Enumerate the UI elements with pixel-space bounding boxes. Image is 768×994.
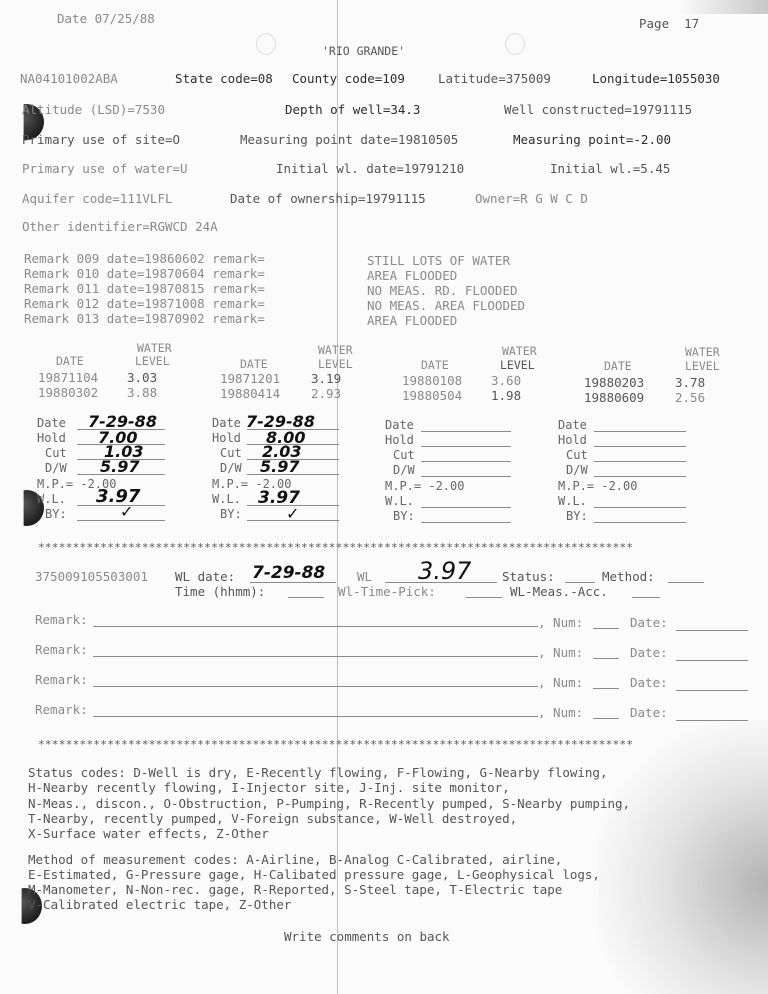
- remark-entry-label: Remark:: [35, 612, 88, 627]
- wl-date-value[interactable]: 7-29-88: [252, 563, 325, 583]
- form-dw-value[interactable]: 5.97: [100, 457, 139, 476]
- remark-label: Remark 010 date=19870604 remark=: [24, 266, 265, 281]
- method-label: Method:: [602, 569, 655, 584]
- form-hold-label: Hold: [212, 431, 241, 445]
- col-header-date: DATE: [421, 358, 449, 373]
- wl-level: 3.88: [127, 385, 157, 400]
- longitude: Longitude=1055030: [592, 71, 720, 86]
- remark-date-field[interactable]: [676, 690, 748, 691]
- form-hold-line[interactable]: [594, 446, 686, 447]
- state-code: State code=08: [175, 71, 273, 86]
- remark-date-field[interactable]: [676, 630, 748, 631]
- remark-entry-field[interactable]: [93, 716, 538, 717]
- form-cut-label: Cut: [393, 448, 415, 462]
- form-hold-label: Hold: [385, 433, 414, 447]
- form-mp-label: M.P.= -2.00: [558, 479, 637, 493]
- form-by-label: BY:: [566, 509, 588, 523]
- remark-num-field[interactable]: [593, 628, 619, 629]
- form-dw-label: D/W: [566, 463, 588, 477]
- remark-date-label: Date:: [630, 675, 668, 690]
- wl-level: 3.19: [311, 371, 341, 386]
- form-by-label: BY:: [220, 507, 242, 521]
- site-id: NA04101002ABA: [20, 71, 118, 86]
- aquifer-code: Aquifer code=111VLFL: [22, 191, 173, 206]
- initial-wl: Initial wl.=5.45: [550, 161, 670, 176]
- status-codes-line: N-Meas., discon., O-Obstruction, P-Pumpi…: [28, 796, 630, 811]
- remark-date-label: Date:: [630, 615, 668, 630]
- remark-entry-field[interactable]: [93, 656, 538, 657]
- col-header-level: LEVEL: [685, 359, 720, 374]
- wl-time-pick-label: Wl-Time-Pick:: [338, 584, 436, 599]
- remark-label: Remark 011 date=19870815 remark=: [24, 281, 265, 296]
- form-wl-line[interactable]: [594, 507, 686, 508]
- form-date-label: Date: [37, 416, 66, 430]
- form-cut-label: Cut: [45, 446, 67, 460]
- form-wl-value[interactable]: 3.97: [96, 486, 140, 507]
- time-field[interactable]: [288, 597, 324, 598]
- remark-entry-label: Remark:: [35, 672, 88, 687]
- form-dw-line[interactable]: [594, 476, 686, 477]
- remark-label: Remark 009 date=19860602 remark=: [24, 251, 265, 266]
- form-by-line[interactable]: [594, 522, 686, 523]
- ownership-date: Date of ownership=19791115: [230, 191, 426, 206]
- wl-level: 1.98: [491, 388, 521, 403]
- remark-entry-field[interactable]: [93, 686, 538, 687]
- measuring-point: Measuring point=-2.00: [513, 132, 671, 147]
- form-hold-label: Hold: [37, 431, 66, 445]
- wl-date: 19880504: [402, 388, 462, 403]
- form-date-label: Date: [385, 418, 414, 432]
- wl-meas-acc-field[interactable]: [632, 597, 660, 598]
- basin-title: 'RIO GRANDE': [322, 44, 405, 59]
- form-cut-label: Cut: [566, 448, 588, 462]
- depth-of-well: Depth of well=34.3: [285, 102, 420, 117]
- remark-num-label: , Num:: [538, 705, 583, 720]
- altitude: Altitude (LSD)=7530: [22, 102, 165, 117]
- owner: Owner=R G W C D: [475, 191, 588, 206]
- form-dw-value[interactable]: 5.97: [260, 457, 299, 476]
- form-by-label: BY:: [45, 507, 67, 521]
- scanned-well-record-page: Date 07/25/88 Page 17 'RIO GRANDE' NA041…: [0, 0, 768, 994]
- form-cut-line[interactable]: [421, 461, 511, 462]
- remark-num-field[interactable]: [593, 658, 619, 659]
- wl-date: 19880203: [584, 375, 644, 390]
- remark-text: STILL LOTS OF WATER: [367, 253, 510, 268]
- remark-num-label: , Num:: [538, 675, 583, 690]
- col-header-water: WATER: [502, 344, 537, 359]
- form-wl-label: W.L.: [558, 494, 587, 508]
- col-header-level: LEVEL: [135, 354, 170, 369]
- remark-num-field[interactable]: [593, 718, 619, 719]
- wl-date: 19880302: [38, 385, 98, 400]
- form-wl-label: W.L.: [37, 492, 66, 506]
- form-wl-label: W.L.: [385, 494, 414, 508]
- primary-use-site: Primary use of site=O: [22, 132, 180, 147]
- col-header-water: WATER: [685, 345, 720, 360]
- remark-date-field[interactable]: [676, 720, 748, 721]
- col-header-date: DATE: [604, 359, 632, 374]
- wl-label: WL: [357, 569, 372, 584]
- wl-date: 19871104: [38, 370, 98, 385]
- punch-ring-right: [505, 33, 525, 55]
- wl-meas-acc-label: WL-Meas.-Acc.: [510, 584, 608, 599]
- remark-label: Remark 013 date=19870902 remark=: [24, 311, 265, 326]
- remark-text: NO MEAS. AREA FLOODED: [367, 298, 525, 313]
- remark-date-field[interactable]: [676, 660, 748, 661]
- wl-date: 19880108: [402, 373, 462, 388]
- wl-date: 19871201: [220, 371, 280, 386]
- wl-level: 2.56: [675, 390, 705, 405]
- wl-date-label: WL date:: [175, 569, 235, 584]
- wl-level: 3.60: [491, 373, 521, 388]
- status-codes-line: Status codes: D-Well is dry, E-Recently …: [28, 765, 607, 780]
- remark-text: NO MEAS. RD. FLOODED: [367, 283, 518, 298]
- remark-entry-field[interactable]: [93, 626, 538, 627]
- station-number: 375009105503001: [35, 569, 148, 584]
- form-dw-label: D/W: [220, 461, 242, 475]
- form-wl-label: W.L.: [212, 492, 241, 506]
- col-header-level: LEVEL: [500, 358, 535, 373]
- initial-wl-date: Initial wl. date=19791210: [276, 161, 464, 176]
- wl-date: 19880414: [220, 386, 280, 401]
- county-code: County code=109: [292, 71, 405, 86]
- remark-date-label: Date:: [630, 645, 668, 660]
- punch-ring-left: [256, 33, 276, 55]
- scan-shadow-top: [678, 0, 768, 14]
- separator-stars: ****************************************…: [38, 541, 750, 554]
- form-dw-label: D/W: [45, 461, 67, 475]
- form-by-initials[interactable]: ✓: [120, 502, 133, 521]
- scan-shadow: [598, 720, 768, 994]
- form-dw-label: D/W: [393, 463, 415, 477]
- col-header-date: DATE: [240, 357, 268, 372]
- wl-time-pick-field[interactable]: [466, 597, 502, 598]
- primary-use-water: Primary use of water=U: [22, 161, 188, 176]
- form-date-label: Date: [558, 418, 587, 432]
- remark-num-field[interactable]: [593, 688, 619, 689]
- form-by-label: BY:: [393, 509, 415, 523]
- status-codes-line: H-Nearby recently flowing, I-Injector si…: [28, 780, 510, 795]
- form-mp-label: M.P.= -2.00: [385, 479, 464, 493]
- footer-note: Write comments on back: [284, 929, 450, 944]
- form-date-line[interactable]: [594, 431, 686, 432]
- form-wl-line[interactable]: [421, 507, 511, 508]
- form-hold-label: Hold: [558, 433, 587, 447]
- wl-value[interactable]: 3.97: [418, 557, 471, 585]
- remark-num-label: , Num:: [538, 615, 583, 630]
- wl-level: 3.78: [675, 375, 705, 390]
- remark-entry-label: Remark:: [35, 642, 88, 657]
- status-label: Status:: [502, 569, 555, 584]
- method-codes-line: V-Calibrated electric tape, Z-Other: [28, 897, 291, 912]
- other-identifier: Other identifier=RGWCD 24A: [22, 219, 218, 234]
- wl-level: 2.93: [311, 386, 341, 401]
- form-by-initials[interactable]: ✓: [286, 504, 299, 523]
- form-date-label: Date: [212, 416, 241, 430]
- remark-date-label: Date:: [630, 705, 668, 720]
- status-codes-line: X-Surface water effects, Z-Other: [28, 826, 269, 841]
- method-codes-line: E-Estimated, G-Pressure gage, H-Calibate…: [28, 867, 600, 882]
- page-number: Page 17: [639, 16, 699, 31]
- remark-entry-label: Remark:: [35, 702, 88, 717]
- col-header-date: DATE: [56, 354, 84, 369]
- remark-text: AREA FLOODED: [367, 313, 457, 328]
- latitude: Latitude=375009: [438, 71, 551, 86]
- remark-label: Remark 012 date=19871008 remark=: [24, 296, 265, 311]
- remark-num-label: , Num:: [538, 645, 583, 660]
- col-header-level: LEVEL: [318, 357, 353, 372]
- report-date: Date 07/25/88: [57, 11, 155, 26]
- form-hold-line[interactable]: [421, 446, 511, 447]
- separator-stars: ****************************************…: [38, 738, 750, 751]
- time-label: Time (hhmm):: [175, 584, 265, 599]
- method-codes-line: Method of measurement codes: A-Airline, …: [28, 852, 562, 867]
- wl-date: 19880609: [584, 390, 644, 405]
- form-date-line[interactable]: [421, 431, 511, 432]
- form-by-line[interactable]: [421, 522, 511, 523]
- form-cut-label: Cut: [220, 446, 242, 460]
- wl-level: 3.03: [127, 370, 157, 385]
- form-dw-line[interactable]: [421, 476, 511, 477]
- page-fold-line: [337, 0, 338, 994]
- measuring-point-date: Measuring point date=19810505: [240, 132, 458, 147]
- method-field[interactable]: [668, 582, 704, 583]
- status-field[interactable]: [565, 582, 595, 583]
- remark-text: AREA FLOODED: [367, 268, 457, 283]
- status-codes-line: T-Nearby, recently pumped, V-Foreign sub…: [28, 811, 517, 826]
- col-header-water: WATER: [318, 343, 353, 358]
- form-cut-line[interactable]: [594, 461, 686, 462]
- method-codes-line: M-Manometer, N-Non-rec. gage, R-Reported…: [28, 882, 562, 897]
- well-constructed: Well constructed=19791115: [504, 102, 692, 117]
